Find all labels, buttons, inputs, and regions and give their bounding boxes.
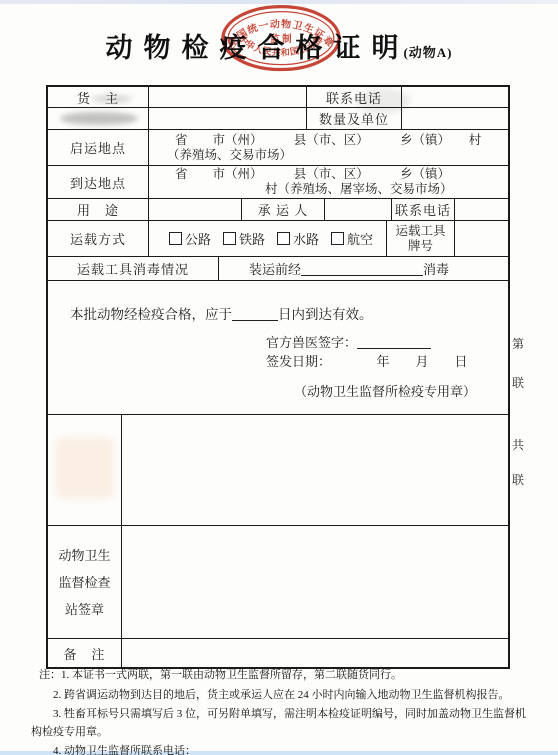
- footnote-4: 4. 动物卫生监督所联系电话：: [31, 743, 533, 755]
- checkbox-road-label: 公路: [185, 229, 211, 248]
- copy-total-vertical-text: 共 联: [512, 436, 524, 488]
- use-label: 用 途: [48, 199, 149, 220]
- inspection-station-label: 动物卫生 监督检查 站签章: [48, 526, 122, 638]
- copy-total-char2: 联: [512, 471, 524, 488]
- station-label-line2: 监督检查: [58, 569, 110, 596]
- signature-block: 官方兽医签字： 签发日期： 年 月 日: [266, 333, 468, 371]
- checkbox-rail: 铁路: [223, 229, 265, 248]
- validity-suffix: 日内到达有效。: [278, 307, 373, 322]
- table-row-empty: [48, 415, 508, 526]
- table-row-destination: 到达地点 省 市（州） 县（市、区） 乡（镇） 村（养殖场、屠宰场、交易市场）: [48, 166, 508, 199]
- copy-no-char1: 第: [512, 335, 524, 352]
- page-title-suffix: (动物A): [403, 45, 452, 60]
- disinfection-suffix: 消毒: [423, 259, 449, 278]
- transport-options-field: 公路 铁路 水路 航空: [149, 221, 387, 256]
- certificate-form-table: 货 主 联系电话 数量及单位 启运地点 省 市（州） 县（市、区） 乡（镇） 村…: [46, 85, 510, 669]
- vehicle-plate-label-line2: 牌号: [408, 239, 433, 254]
- owner-value-field: [149, 87, 307, 107]
- vehicle-plate-field: [455, 221, 508, 256]
- checkbox-water: 水路: [277, 229, 319, 248]
- erased-text-smudge: [60, 112, 138, 125]
- checkbox-air: 航空: [331, 229, 373, 248]
- footnotes: 注：1. 本证书一式两联，第一联由动物卫生监督所留存，第二联随货同行。 2. 跨…: [31, 667, 533, 755]
- vet-signature-blank: [357, 335, 431, 349]
- checkbox-square-icon: [223, 232, 236, 245]
- issue-date-line: 签发日期： 年 月 日: [266, 352, 468, 371]
- origin-address-field: 省 市（州） 县（市、区） 乡（镇） 村 （养殖场、交易市场）: [149, 130, 508, 165]
- checkbox-square-icon: [169, 232, 182, 245]
- table-row-origin: 启运地点 省 市（州） 县（市、区） 乡（镇） 村 （养殖场、交易市场）: [48, 130, 508, 166]
- validity-signature-cell: 本批动物经检疫合格，应于日内到达有效。 官方兽医签字： 签发日期： 年 月 日 …: [48, 281, 508, 414]
- footnote-1: 注：1. 本证书一式两联，第一联由动物卫生监督所留存，第二联随货同行。: [31, 667, 533, 685]
- copy-no-char2: 联: [512, 374, 524, 391]
- owner-phone-field: [402, 87, 508, 107]
- destination-address-line2: 村（养殖场、屠宰场、交易市场）: [155, 182, 453, 197]
- footnote-3: 3. 牲畜耳标号只需填写后 3 位，可另附单填写，需注明本检疫证明编号，同时加盖…: [31, 706, 533, 741]
- disinfection-blank-line: [301, 262, 423, 276]
- table-row-quantity: 数量及单位: [48, 108, 508, 130]
- table-row-validity: 本批动物经检疫合格，应于日内到达有效。 官方兽医签字： 签发日期： 年 月 日 …: [48, 281, 508, 415]
- checkbox-rail-label: 铁路: [239, 229, 265, 248]
- station-label-line1: 动物卫生: [58, 542, 110, 569]
- owner-label: 货 主: [48, 87, 149, 107]
- carrier-label: 承 运 人: [242, 199, 325, 220]
- official-red-stamp: 全国统一动物卫生证章 中华人民共和国农业部 监 制: [211, 0, 351, 80]
- stamp-center-text: 监 制: [270, 33, 292, 45]
- origin-address-line2: （养殖场、交易市场）: [155, 148, 292, 163]
- copy-number-vertical-text: 第 联: [512, 335, 524, 391]
- quantity-value-field: [402, 108, 508, 129]
- empty-label-cell: [48, 415, 122, 525]
- use-value-field: [149, 199, 242, 220]
- destination-address-field: 省 市（州） 县（市、区） 乡（镇） 村（养殖场、屠宰场、交易市场）: [149, 166, 508, 198]
- carrier-value-field: [325, 199, 392, 220]
- origin-address-line1: 省 市（州） 县（市、区） 乡（镇） 村: [155, 133, 481, 148]
- species-value-field: [149, 108, 307, 129]
- footnote-2: 2. 跨省调运动物到达目的地后，货主或承运人应在 24 小时内向输入地动物卫生监…: [31, 687, 533, 705]
- empty-content-cell: [122, 415, 508, 525]
- validity-days-blank: [232, 307, 278, 321]
- inspection-station-field: [122, 526, 508, 638]
- disinfection-label: 运载工具消毒情况: [48, 257, 219, 280]
- validity-prefix: 本批动物经检疫合格，应于: [70, 307, 232, 322]
- table-row-use-carrier: 用 途 承 运 人 联系电话: [48, 199, 508, 221]
- validity-statement: 本批动物经检疫合格，应于日内到达有效。: [70, 303, 373, 323]
- carrier-phone-field: [455, 199, 508, 220]
- destination-address-line1: 省 市（州） 县（市、区） 乡（镇）: [155, 167, 450, 182]
- table-row-owner: 货 主 联系电话: [48, 87, 508, 108]
- transport-label: 运载方式: [48, 221, 149, 256]
- remarks-label: 备 注: [48, 639, 122, 668]
- vet-signature-line: 官方兽医签字：: [266, 333, 468, 352]
- copy-total-char1: 共: [512, 436, 524, 453]
- checkbox-square-icon: [277, 232, 290, 245]
- table-row-transport: 运载方式 公路 铁路 水路 航空 运载工具 牌号: [48, 221, 508, 257]
- checkbox-square-icon: [331, 232, 344, 245]
- remarks-field: [122, 639, 508, 668]
- table-row-disinfection: 运载工具消毒情况 装运前经消毒: [48, 257, 508, 281]
- station-label-line3: 站签章: [65, 596, 104, 623]
- origin-label: 启运地点: [48, 130, 149, 165]
- faint-stain: [56, 437, 114, 499]
- checkbox-road: 公路: [169, 229, 211, 248]
- erased-label-cell: [48, 108, 149, 129]
- vet-signature-label: 官方兽医签字：: [266, 335, 357, 350]
- vehicle-plate-label: 运载工具 牌号: [387, 221, 455, 256]
- destination-label: 到达地点: [48, 166, 149, 198]
- seal-note: （动物卫生监督所检疫专用章）: [294, 381, 476, 400]
- owner-phone-label: 联系电话: [307, 87, 402, 107]
- vehicle-plate-label-line1: 运载工具: [395, 224, 445, 239]
- disinfection-field: 装运前经消毒: [219, 257, 508, 280]
- checkbox-water-label: 水路: [293, 229, 319, 248]
- table-row-remarks: 备 注: [48, 639, 508, 668]
- carrier-phone-label: 联系电话: [392, 199, 455, 220]
- checkbox-air-label: 航空: [347, 229, 373, 248]
- quantity-label: 数量及单位: [307, 108, 402, 129]
- table-row-inspection-station: 动物卫生 监督检查 站签章: [48, 526, 508, 639]
- disinfection-prefix: 装运前经: [249, 259, 301, 278]
